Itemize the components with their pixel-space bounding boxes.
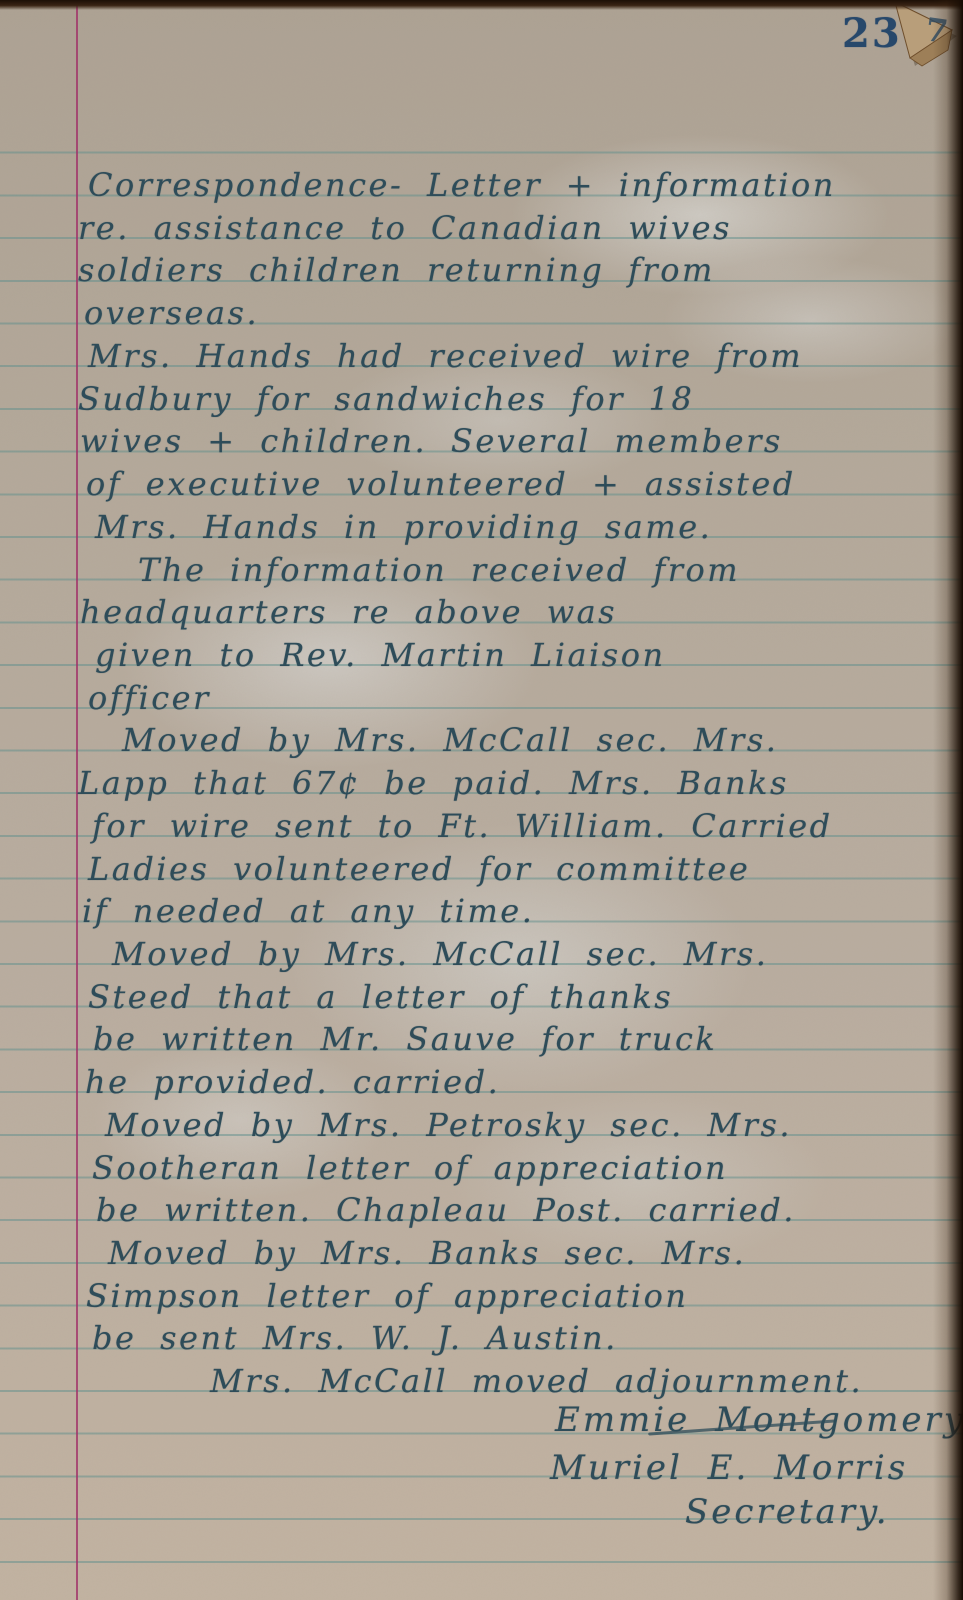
handwritten-line: for wire sent to Ft. William. Carried <box>92 807 833 845</box>
handwritten-line: he provided. carried. <box>85 1063 500 1101</box>
handwritten-line: The information received from <box>138 551 740 589</box>
handwritten-line: Mrs. Hands in providing same. <box>95 508 712 546</box>
handwritten-line: be sent Mrs. W. J. Austin. <box>92 1319 618 1357</box>
handwritten-line: Simpson letter of appreciation <box>86 1277 689 1315</box>
handwritten-line: Mrs. McCall moved adjournment. <box>210 1362 863 1400</box>
handwritten-line: officer <box>88 679 211 717</box>
handwritten-line: Ladies volunteered for committee <box>88 850 750 888</box>
handwritten-line: wives + children. Several members <box>80 422 783 460</box>
handwritten-line: Mrs. Hands had received wire from <box>88 337 803 375</box>
handwritten-line: Steed that a letter of thanks <box>88 978 673 1016</box>
signature-secretary-name: Muriel E. Morris <box>550 1448 908 1488</box>
handwritten-line: headquarters re above was <box>80 593 617 631</box>
handwritten-line: Lapp that 67¢ be paid. Mrs. Banks <box>78 764 789 802</box>
handwritten-line: given to Rev. Martin Liaison <box>95 636 666 674</box>
handwritten-line: Moved by Mrs. McCall sec. Mrs. <box>112 935 768 973</box>
handwritten-line: re. assistance to Canadian wives <box>78 209 732 247</box>
page-edge-right <box>933 0 963 1600</box>
handwritten-line: if needed at any time. <box>82 892 534 930</box>
handwritten-line: of executive volunteered + assisted <box>86 465 796 503</box>
handwritten-line: soldiers children returning from <box>78 251 715 289</box>
page-number-fold-digit: 7 <box>923 10 950 51</box>
handwritten-line: Moved by Mrs. Banks sec. Mrs. <box>108 1234 746 1272</box>
handwritten-line: Moved by Mrs. McCall sec. Mrs. <box>122 721 778 759</box>
notebook-page: Correspondence- Letter + information re.… <box>0 0 963 1600</box>
handwritten-line: Correspondence- Letter + information <box>88 166 836 204</box>
handwritten-line: Sudbury for sandwiches for 18 <box>78 380 694 418</box>
page-number: 23 <box>842 10 902 57</box>
handwritten-line: Moved by Mrs. Petrosky sec. Mrs. <box>105 1106 792 1144</box>
signature-vice-president: Emmie Montgomery Vice. <box>555 1400 963 1440</box>
signature-secretary-title: Secretary. <box>685 1492 890 1532</box>
handwritten-line: be written Mr. Sauve for truck <box>93 1020 717 1058</box>
handwritten-line: overseas. <box>84 294 259 332</box>
handwritten-line: Sootheran letter of appreciation <box>92 1149 728 1187</box>
binding-edge-top <box>0 0 963 10</box>
handwritten-line: be written. Chapleau Post. carried. <box>96 1191 796 1229</box>
